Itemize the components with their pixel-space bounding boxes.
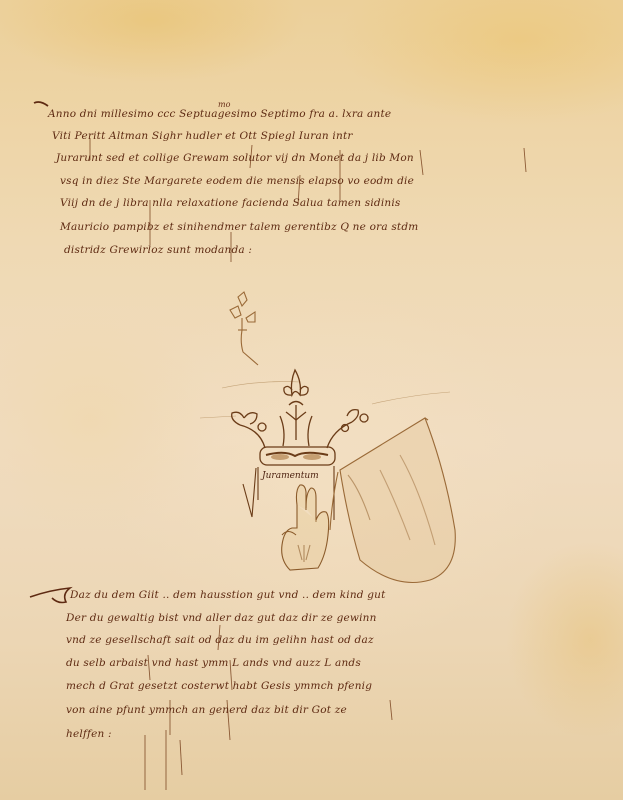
- crown-icon: [232, 370, 368, 465]
- juramentum-label: Juramentum: [262, 471, 319, 481]
- text-line: du selb arbaist vnd hast ymm L ands vnd …: [66, 657, 361, 669]
- text-line: Anno dni millesimo ccc Septuagesimo Sept…: [48, 108, 391, 120]
- text-line: mech d Grat gesetzt costerwt habt Gesis …: [66, 680, 372, 692]
- text-line: Der du gewaltig bist vnd aller daz gut d…: [66, 612, 377, 624]
- text-line: Daz du dem Giit .. dem hausstion gut vnd…: [70, 589, 386, 601]
- text-line: Viti Peritt Altman Sighr hudler et Ott S…: [52, 130, 353, 142]
- text-line: helffen :: [66, 728, 112, 740]
- text-line: Jurarunt sed et collige Grewam solutor v…: [56, 152, 414, 164]
- sleeve-icon: [330, 418, 455, 583]
- text-line: Viij dn de j libra nlla relaxatione faci…: [60, 197, 401, 209]
- oath-hand-icon: [282, 485, 329, 570]
- text-line: vsq in diez Ste Margarete eodem die mens…: [60, 175, 414, 187]
- text-line: Mauricio pampibz et sinihendmer talem ge…: [60, 221, 418, 233]
- manuscript-page: mo Anno dni millesimo ccc Septuagesimo S…: [0, 0, 623, 800]
- text-line: vnd ze gesellschaft sait od daz du im ge…: [66, 634, 374, 646]
- text-line: von aine pfunt ymmch an generd daz bit d…: [66, 704, 347, 716]
- floral-sprig-icon: [230, 292, 258, 365]
- text-line: distridz Grewirloz sunt modanda :: [64, 244, 252, 256]
